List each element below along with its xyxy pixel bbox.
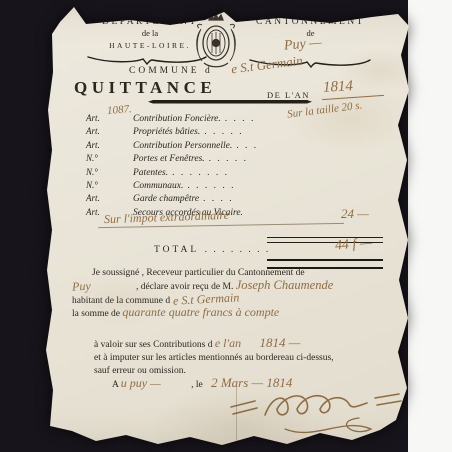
- article-row: Art.Propriétés bâties.. . . . .: [86, 121, 258, 134]
- article-row: Art.Garde champêtre. . . .: [86, 188, 258, 201]
- article-row: N.°Communaux.. . . . . .: [86, 175, 258, 188]
- footer-line2: et à imputer sur les articles mentionnés…: [94, 352, 424, 365]
- place-handwritten: u puy —: [121, 376, 161, 390]
- payer-commune-handwritten: e S.t Germain: [172, 292, 239, 305]
- article-row: Art.Contribution Personnelle.. . .: [86, 135, 258, 148]
- articles-table: Art.Contribution Foncière.. . . . Art.Pr…: [86, 108, 258, 215]
- article-row: N.°Patentes.. . . . . . .: [86, 162, 258, 175]
- year-handwritten: 1814: [323, 78, 354, 97]
- date-label: , le: [191, 380, 203, 390]
- receveur-place-handwritten: Puy: [72, 278, 136, 291]
- de-lan-label: DE L'AN: [267, 90, 310, 100]
- total-dots: . . . . . . . .: [205, 245, 271, 255]
- signature-flourish: [225, 383, 425, 445]
- article-row: N.°Portes et Fenêtres.. . . . .: [86, 148, 258, 161]
- quittance-title: QUITTANCE: [74, 78, 216, 98]
- total-line: TOTAL . . . . . . . .: [154, 245, 270, 255]
- fold-crease: [236, 386, 237, 444]
- quittance-paper: DÉPARTEMENT de la HAUTE-LOIRE. CANTONN: [0, 0, 452, 452]
- cantonnement-block: CANTONNEMENT de: [243, 17, 378, 38]
- article-number-handwritten: 1087.: [107, 103, 133, 117]
- cantonnement-title: CANTONNEMENT: [243, 17, 378, 27]
- footer-line1: à valoir sur ses Contributions d e l'an …: [94, 338, 424, 352]
- total-label: TOTAL: [154, 245, 199, 255]
- extra-line-amount-handwritten: 24 —: [341, 206, 369, 222]
- place-label: A: [112, 380, 118, 390]
- title-divider-rule: [148, 100, 312, 104]
- declaration-line4: la somme de quarante quatre francs à com…: [72, 307, 402, 321]
- footer-year-handwritten-1: e l'an: [215, 336, 241, 350]
- sum-handwritten: quarante quatre francs à compte: [122, 305, 279, 319]
- payer-name-handwritten: Joseph Chaumende: [236, 278, 334, 292]
- commune-label: COMMUNE d: [129, 66, 213, 76]
- receipt-declaration: Je soussigné , Receveur particulier du C…: [72, 267, 402, 321]
- cantonnement-place-handwritten: Puy —: [283, 35, 322, 54]
- footer-year-handwritten-2: 1814 —: [259, 335, 300, 350]
- total-amount-handwritten: 44 f —: [334, 235, 373, 254]
- scanned-document-canvas: DÉPARTEMENT de la HAUTE-LOIRE. CANTONN: [0, 0, 452, 452]
